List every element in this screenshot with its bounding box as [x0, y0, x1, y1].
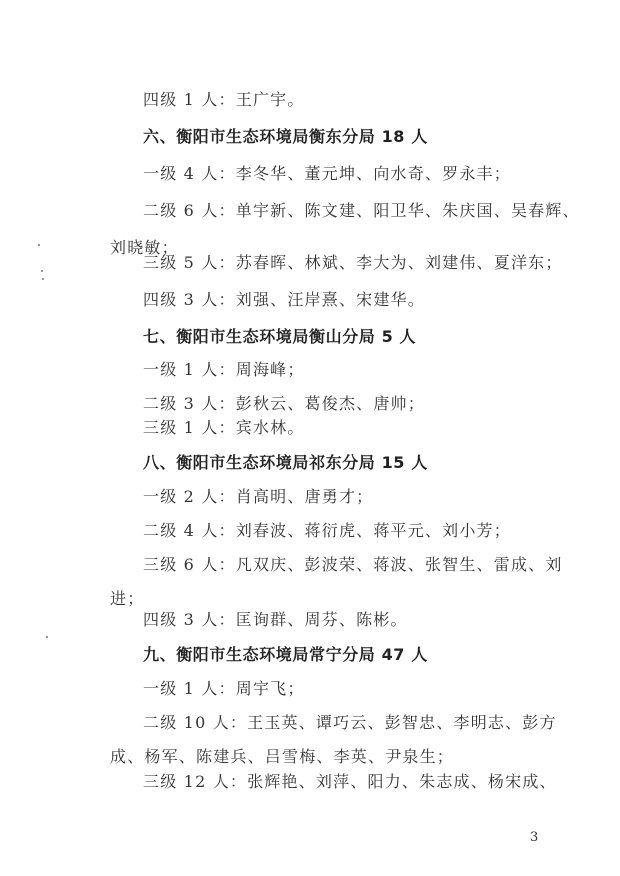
list-item: 四级 3 人：匡询群、周芬、陈彬。: [143, 610, 573, 630]
list-item-continued: 成、杨军、陈建兵、吕雪梅、李英、尹泉生；: [110, 747, 540, 767]
scan-speck: [42, 278, 44, 280]
section-heading: 九、衡阳市生态环境局常宁分局 47 人: [143, 645, 573, 665]
list-item: 四级 1 人：王广宇。: [143, 90, 573, 110]
list-item: 三级 6 人：凡双庆、彭波荣、蒋波、张智生、雷成、刘: [143, 555, 573, 575]
section-heading: 六、衡阳市生态环境局衡东分局 18 人: [143, 127, 573, 147]
list-item: 三级 12 人：张辉艳、刘萍、阳力、朱志成、杨宋成、: [143, 772, 573, 792]
scan-speck: [41, 270, 43, 272]
list-item: 二级 4 人：刘春波、蒋衍虎、蒋平元、刘小芳；: [143, 521, 573, 541]
section-heading: 八、衡阳市生态环境局祁东分局 15 人: [143, 453, 573, 473]
list-item: 二级 6 人：单宇新、陈文建、阳卫华、朱庆国、吴春辉、: [143, 201, 573, 221]
list-item: 二级 10 人：王玉英、谭巧云、彭智忠、李明志、彭方: [143, 713, 573, 733]
scan-speck: [46, 636, 48, 638]
list-item: 二级 3 人：彭秋云、葛俊杰、唐帅；: [143, 394, 573, 414]
list-item: 三级 1 人：宾水林。: [143, 418, 573, 438]
list-item: 一级 2 人：肖高明、唐勇才；: [143, 487, 573, 507]
list-item: 一级 4 人：李冬华、董元坤、向水奇、罗永丰；: [143, 164, 573, 184]
scan-speck: [38, 244, 40, 246]
list-item: 一级 1 人：周宇飞；: [143, 679, 573, 699]
document-page: 四级 1 人：王广宇。 六、衡阳市生态环境局衡东分局 18 人 一级 4 人：李…: [0, 0, 620, 876]
page-number: 3: [530, 830, 538, 845]
list-item: 四级 3 人：刘强、汪岸熹、宋建华。: [143, 290, 573, 310]
list-item: 三级 5 人：苏春晖、林斌、李大为、刘建伟、夏洋东；: [143, 253, 573, 273]
section-heading: 七、衡阳市生态环境局衡山分局 5 人: [143, 327, 573, 347]
list-item: 一级 1 人：周海峰；: [143, 360, 573, 380]
list-item-continued: 进；: [110, 589, 540, 609]
